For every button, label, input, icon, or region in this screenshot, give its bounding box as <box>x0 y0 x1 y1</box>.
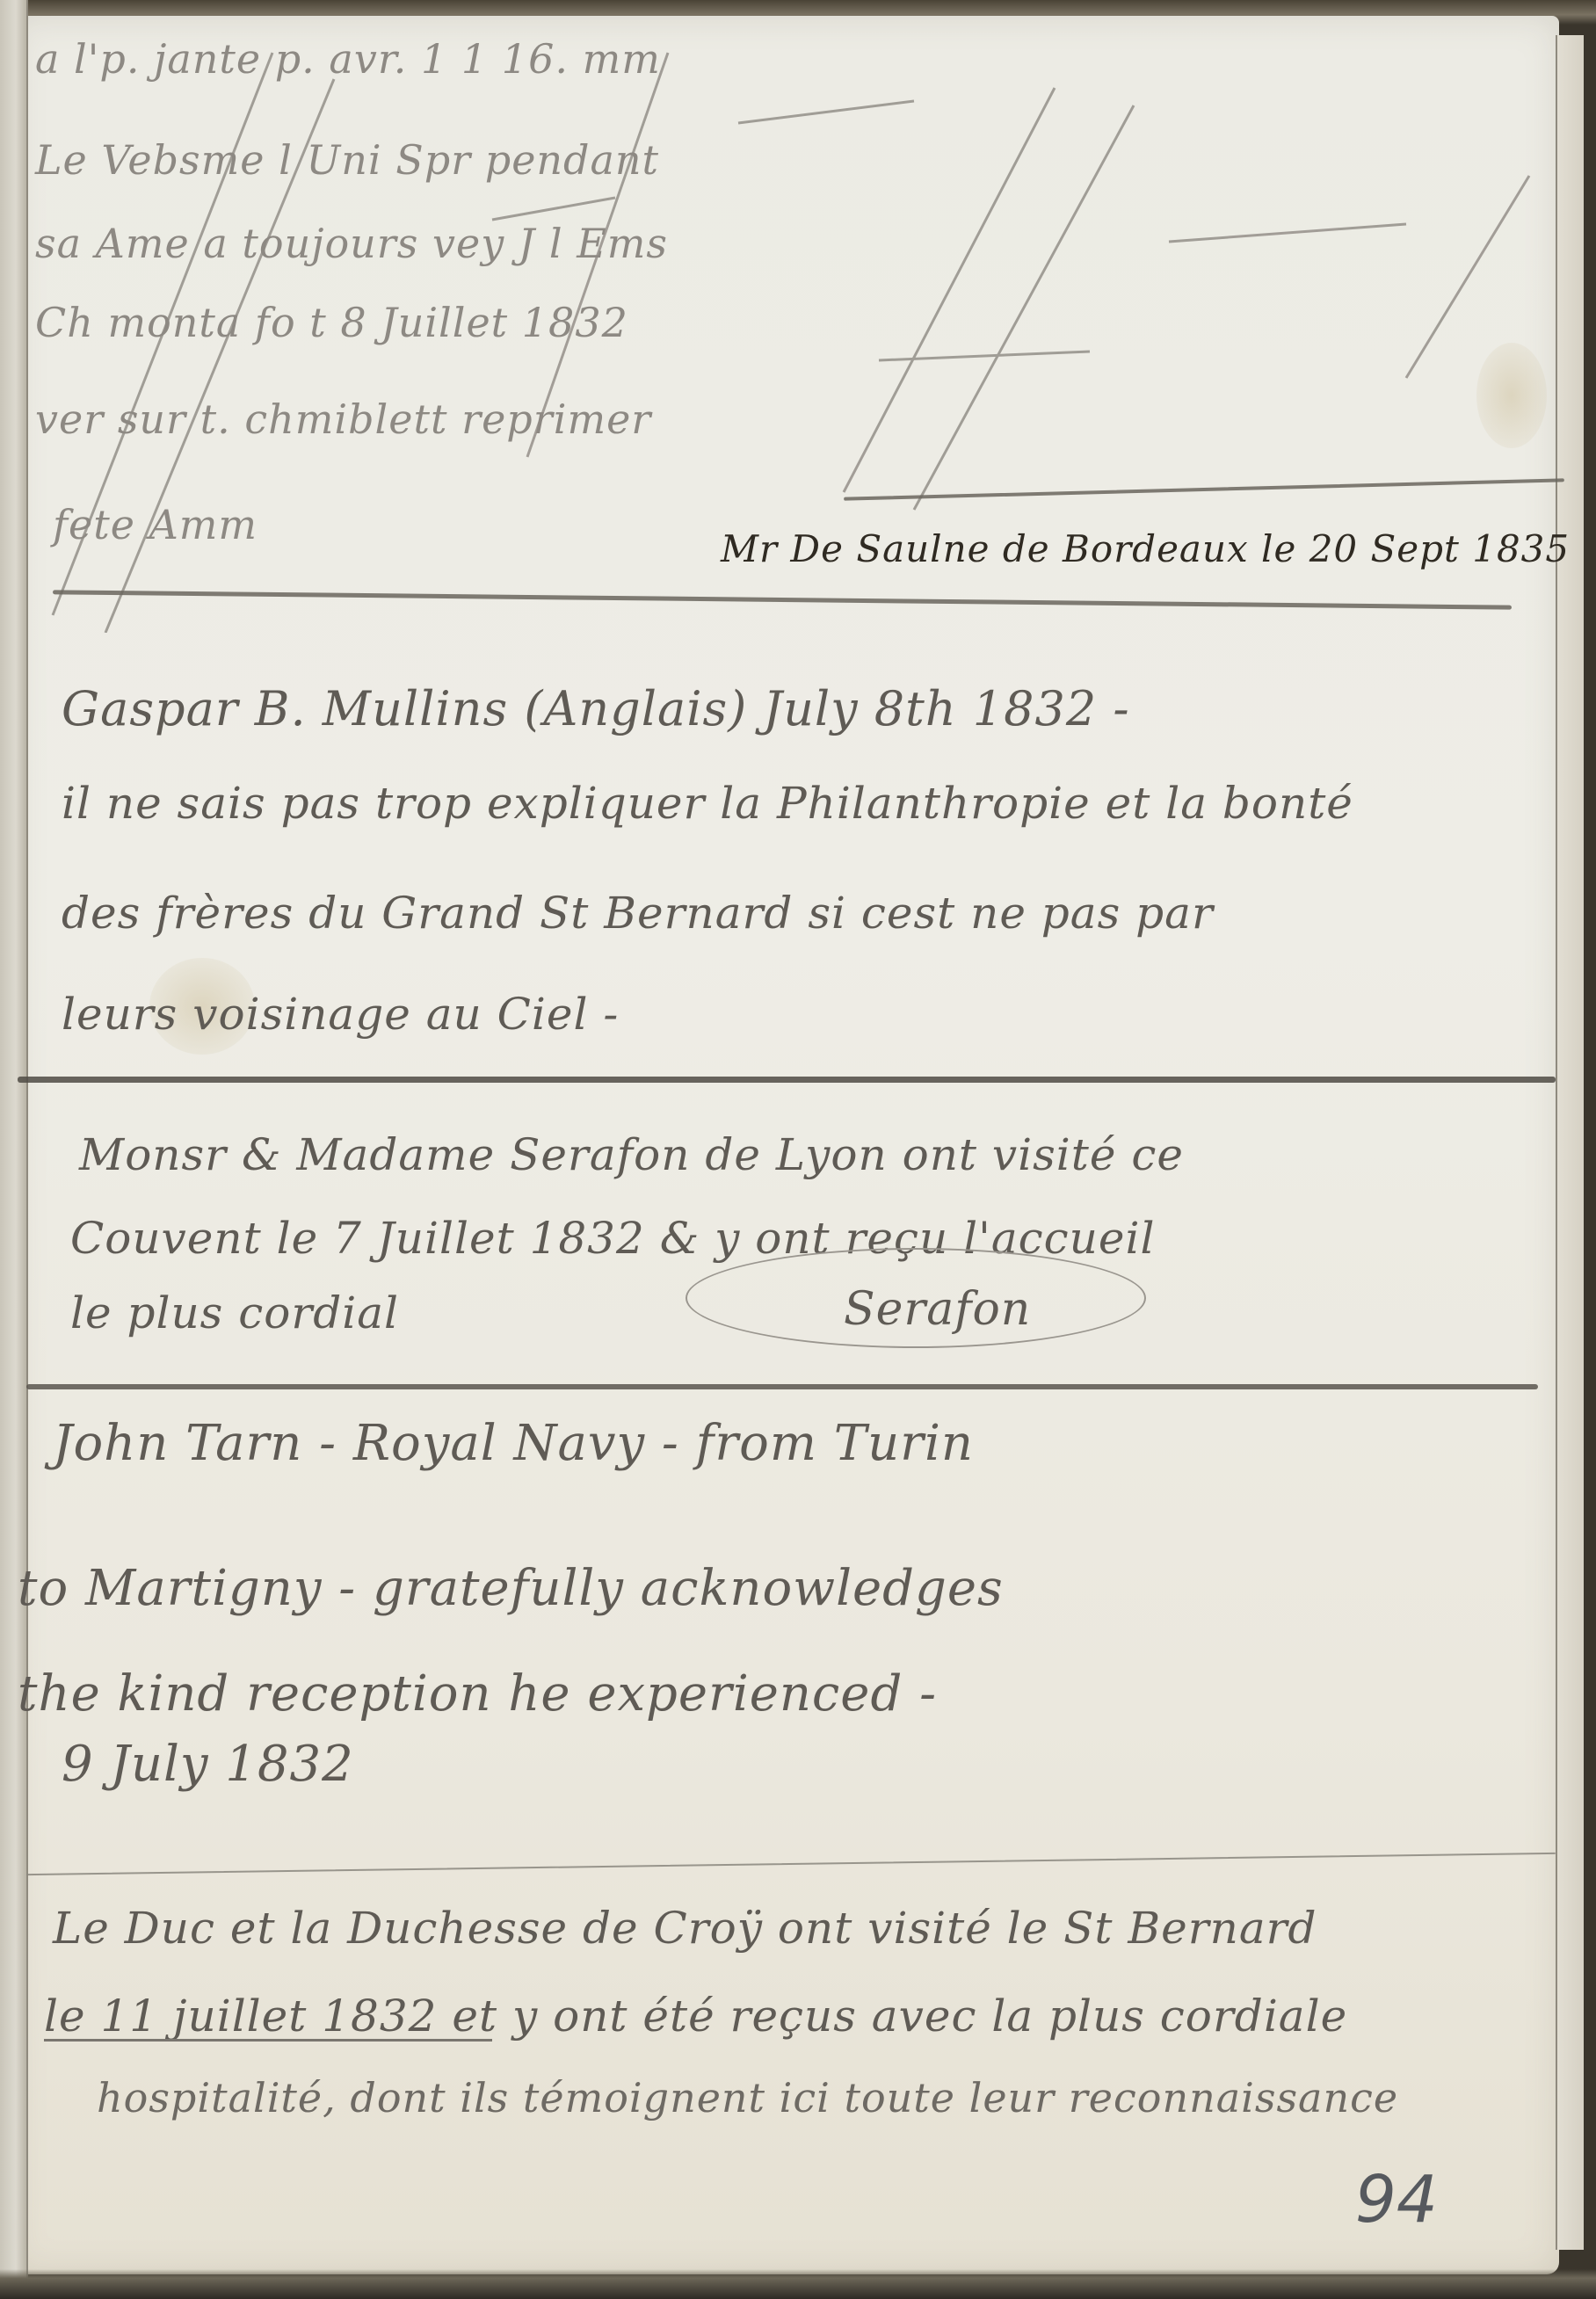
entry-line: le plus cordial <box>70 1287 399 1338</box>
entry-line: John Tarn - Royal Navy - from Turin <box>53 1415 974 1472</box>
entry-line: 9 July 1832 <box>62 1736 354 1793</box>
entry-line: Monsr & Madame Serafon de Lyon ont visit… <box>79 1129 1184 1180</box>
entry-divider <box>18 1077 1556 1083</box>
entry-line: il ne sais pas trop expliquer la Philant… <box>62 778 1353 829</box>
entry-line: hospitalité, dont ils témoignent ici tou… <box>97 2074 1398 2121</box>
entry-line: le 11 juillet 1832 et y ont été reçus av… <box>44 1991 1347 2042</box>
entry-line: the kind reception he experienced - <box>18 1665 937 1722</box>
entry-line: Le Duc et la Duchesse de Croÿ ont visité… <box>53 1903 1317 1954</box>
date-underline <box>44 2039 492 2042</box>
entry-de-saulne: Mr De Saulne de Bordeaux le 20 Sept 1835 <box>721 527 1570 570</box>
entry-line: to Martigny - gratefully acknowledges <box>18 1560 1004 1617</box>
page-number: 94 <box>1355 2162 1438 2237</box>
signature-flourish <box>686 1248 1146 1348</box>
entry-line: Gaspar B. Mullins (Anglais) July 8th 183… <box>62 681 1130 736</box>
entry-line: leurs voisinage au Ciel - <box>62 989 619 1040</box>
page-bottom-edge <box>0 2269 1596 2299</box>
entry-line: des frères du Grand St Bernard si cest n… <box>62 888 1214 939</box>
entry-divider <box>26 1384 1538 1389</box>
